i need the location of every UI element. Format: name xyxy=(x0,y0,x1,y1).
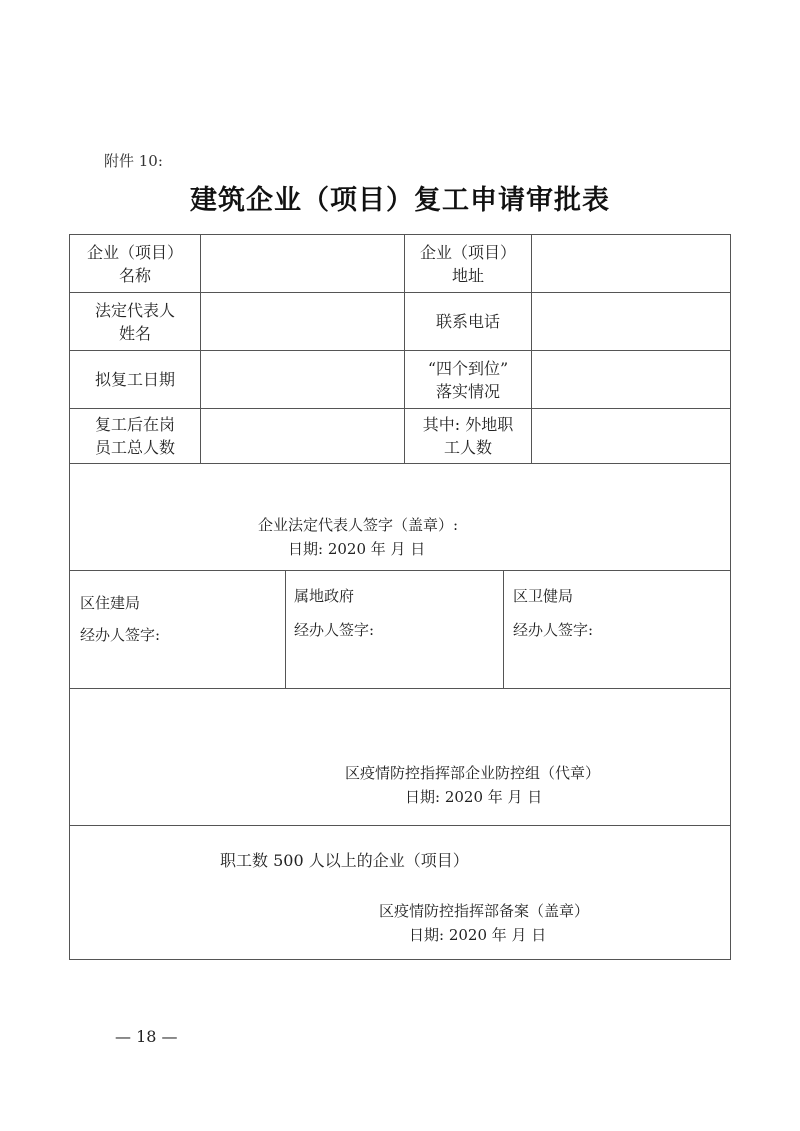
row-divider xyxy=(70,570,730,571)
label-line: 联系电话 xyxy=(436,310,500,333)
planned-resume-date-field[interactable] xyxy=(201,351,404,408)
epidemic-group-label: 区疫情防控指挥部企业防控组（代章） xyxy=(345,762,600,783)
label-nonlocal-staff: 其中: 外地职工人数 xyxy=(405,409,531,463)
label-line: 复工后在岗 xyxy=(95,413,175,436)
dept-health-signer: 经办人签字: xyxy=(513,619,593,640)
label-line: 工人数 xyxy=(423,436,513,459)
row-divider xyxy=(70,688,730,689)
label-four-in-place: “四个到位”落实情况 xyxy=(405,351,531,408)
enterprise-signature-date: 日期: 2020 年 月 日 xyxy=(288,538,425,559)
large-enterprise-label: 区疫情防控指挥部备案（盖章） xyxy=(379,900,589,921)
dept-housing-signer: 经办人签字: xyxy=(80,624,160,645)
four-in-place-field[interactable] xyxy=(532,351,730,408)
dept-local-gov-name: 属地政府 xyxy=(294,585,354,606)
column-divider xyxy=(285,570,286,688)
label-line: 企业（项目） xyxy=(87,241,183,264)
dept-housing-name: 区住建局 xyxy=(80,592,140,613)
row-divider xyxy=(70,463,730,464)
large-enterprise-date: 日期: 2020 年 月 日 xyxy=(409,924,546,945)
enterprise-name-field[interactable] xyxy=(201,235,404,292)
label-legal-representative: 法定代表人姓名 xyxy=(70,293,200,350)
label-line: 员工总人数 xyxy=(95,436,175,459)
total-staff-field[interactable] xyxy=(201,409,404,463)
attachment-label: 附件 10: xyxy=(104,150,163,171)
label-enterprise-address: 企业（项目）地址 xyxy=(405,235,531,292)
contact-phone-field[interactable] xyxy=(532,293,730,350)
page-title: 建筑企业（项目）复工申请审批表 xyxy=(0,178,800,217)
large-enterprise-condition: 职工数 500 人以上的企业（项目） xyxy=(220,848,469,871)
epidemic-group-date: 日期: 2020 年 月 日 xyxy=(405,786,542,807)
label-line: 地址 xyxy=(420,264,516,287)
label-line: 姓名 xyxy=(95,322,175,345)
enterprise-address-field[interactable] xyxy=(532,235,730,292)
label-contact-phone: 联系电话 xyxy=(405,293,531,350)
label-line: 其中: 外地职 xyxy=(423,413,513,436)
page-number: — 18 — xyxy=(115,1027,178,1046)
label-line: 企业（项目） xyxy=(420,241,516,264)
enterprise-signature-label: 企业法定代表人签字（盖章）: xyxy=(258,514,458,535)
dept-local-gov-signer: 经办人签字: xyxy=(294,619,374,640)
label-line: 拟复工日期 xyxy=(95,368,175,391)
label-total-staff: 复工后在岗员工总人数 xyxy=(70,409,200,463)
column-divider xyxy=(503,570,504,688)
label-line: “四个到位” xyxy=(428,357,508,380)
label-enterprise-name: 企业（项目）名称 xyxy=(70,235,200,292)
legal-representative-field[interactable] xyxy=(201,293,404,350)
label-planned-resume-date: 拟复工日期 xyxy=(70,351,200,408)
nonlocal-staff-field[interactable] xyxy=(532,409,730,463)
row-divider xyxy=(70,825,730,826)
label-line: 落实情况 xyxy=(428,380,508,403)
label-line: 名称 xyxy=(87,264,183,287)
label-line: 法定代表人 xyxy=(95,299,175,322)
application-form-table: 企业（项目）名称 企业（项目）地址 法定代表人姓名 联系电话 拟复工日期 “四个… xyxy=(69,234,731,960)
dept-health-name: 区卫健局 xyxy=(513,585,573,606)
